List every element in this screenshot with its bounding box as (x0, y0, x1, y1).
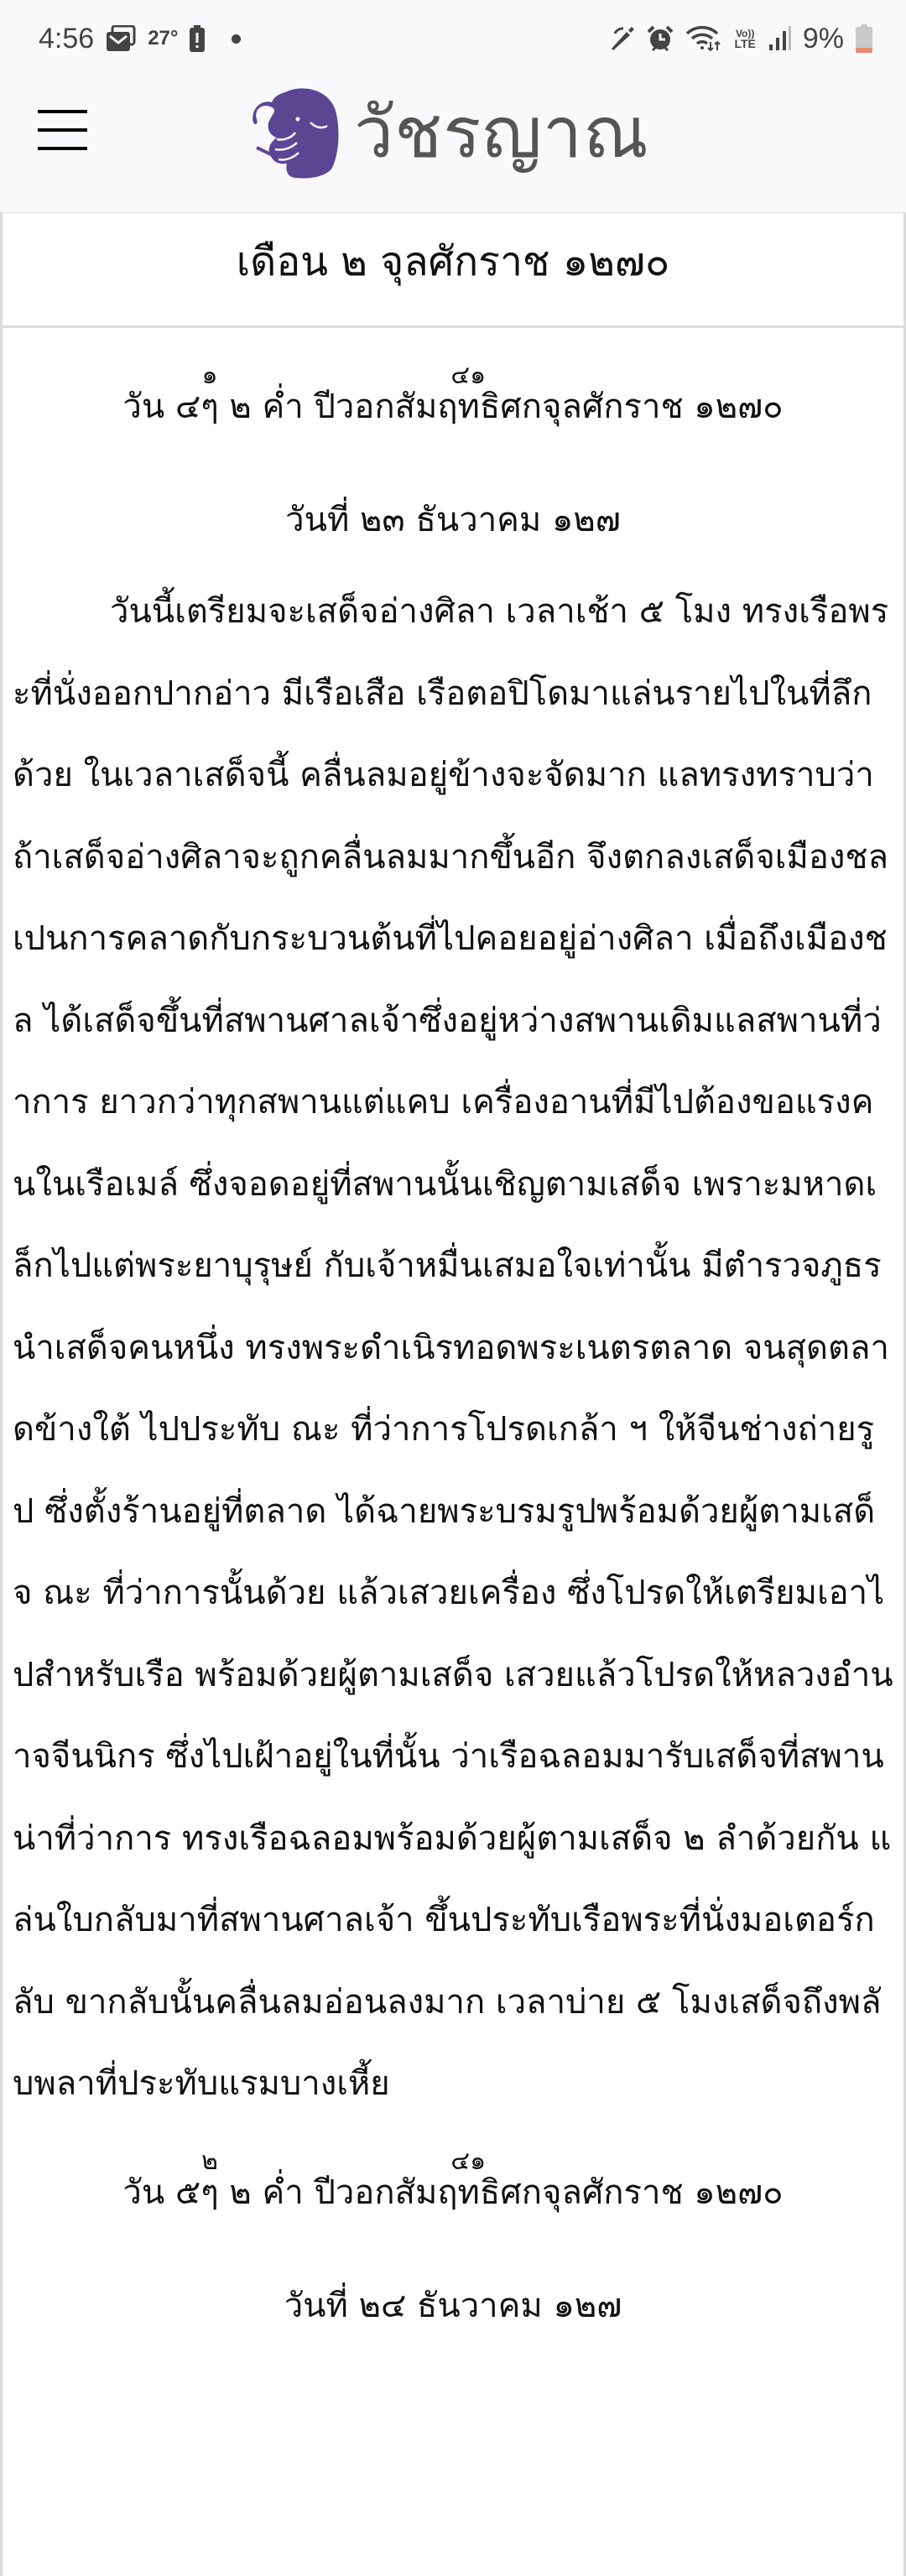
era-name: ๔๑สัมฤทธิศก (395, 390, 542, 424)
diary-entry: วัน ๕๒ ๆ ๒ ค่ำ ปีวอก๔๑สัมฤทธิศกจุลศักราช… (13, 2176, 893, 2329)
volte-icon: Vo)) LTE (734, 29, 755, 49)
era-name: ๔๑สัมฤทธิศก (395, 2176, 542, 2209)
battery-low-icon (856, 24, 872, 53)
gregorian-date-heading: วันที่ ๒๔ ธันวาคม ๑๒๗ (13, 2278, 893, 2329)
hamburger-menu-icon[interactable] (38, 107, 88, 151)
page-title: เดือน ๒ จุลศักราช ๑๒๗๐ (237, 230, 670, 325)
alarm-icon (647, 25, 674, 52)
diary-entry: วัน ๔๑ ๆ ๒ ค่ำ ปีวอก๔๑สัมฤทธิศกจุลศักราช… (13, 390, 893, 2126)
dot-icon (232, 34, 241, 44)
status-bar-right: Vo)) LTE 9% (608, 23, 872, 55)
battery-alert-icon (190, 25, 205, 52)
site-header: วัชรญาณ (0, 77, 906, 212)
email-notification-icon (106, 25, 136, 52)
gregorian-date-heading: วันที่ ๒๓ ธันวาคม ๑๒๗ (13, 492, 893, 543)
clock: 4:56 (39, 23, 94, 55)
lunar-date-heading: วัน ๕๒ ๆ ๒ ค่ำ ปีวอก๔๑สัมฤทธิศกจุลศักราช… (13, 2176, 893, 2226)
superscript-number: ๒ (201, 2149, 218, 2174)
entry-paragraph: วันนี้เตรียมจะเสด็จอ่างศิลา เวลาเช้า ๕ โ… (13, 571, 893, 2126)
site-logo[interactable]: วัชรญาณ (252, 86, 649, 180)
waxing-waning-mark: ๒ ๆ (200, 2176, 218, 2209)
logo-text: วัชรญาณ (354, 97, 649, 168)
temperature: 27° (148, 27, 178, 50)
waxing-waning-mark: ๑ ๆ (200, 390, 218, 424)
elephant-logo-icon (252, 86, 344, 180)
signal-icon (768, 26, 791, 51)
month-title-box: เดือน ๒ จุลศักราช ๑๒๗๐ (0, 211, 906, 328)
wifi-icon (685, 25, 722, 52)
status-bar-left: 4:56 27° (39, 23, 241, 55)
diary-content: วัน ๔๑ ๆ ๒ ค่ำ ปีวอก๔๑สัมฤทธิศกจุลศักราช… (0, 328, 906, 2576)
superscript-number: ๔๑ (450, 2149, 486, 2174)
superscript-number: ๑ (201, 363, 217, 388)
superscript-number: ๔๑ (450, 363, 486, 388)
status-bar: 4:56 27° (0, 0, 906, 77)
edit-pen-icon (608, 25, 635, 52)
lunar-date-heading: วัน ๔๑ ๆ ๒ ค่ำ ปีวอก๔๑สัมฤทธิศกจุลศักราช… (13, 390, 893, 440)
battery-percent: 9% (803, 23, 844, 55)
